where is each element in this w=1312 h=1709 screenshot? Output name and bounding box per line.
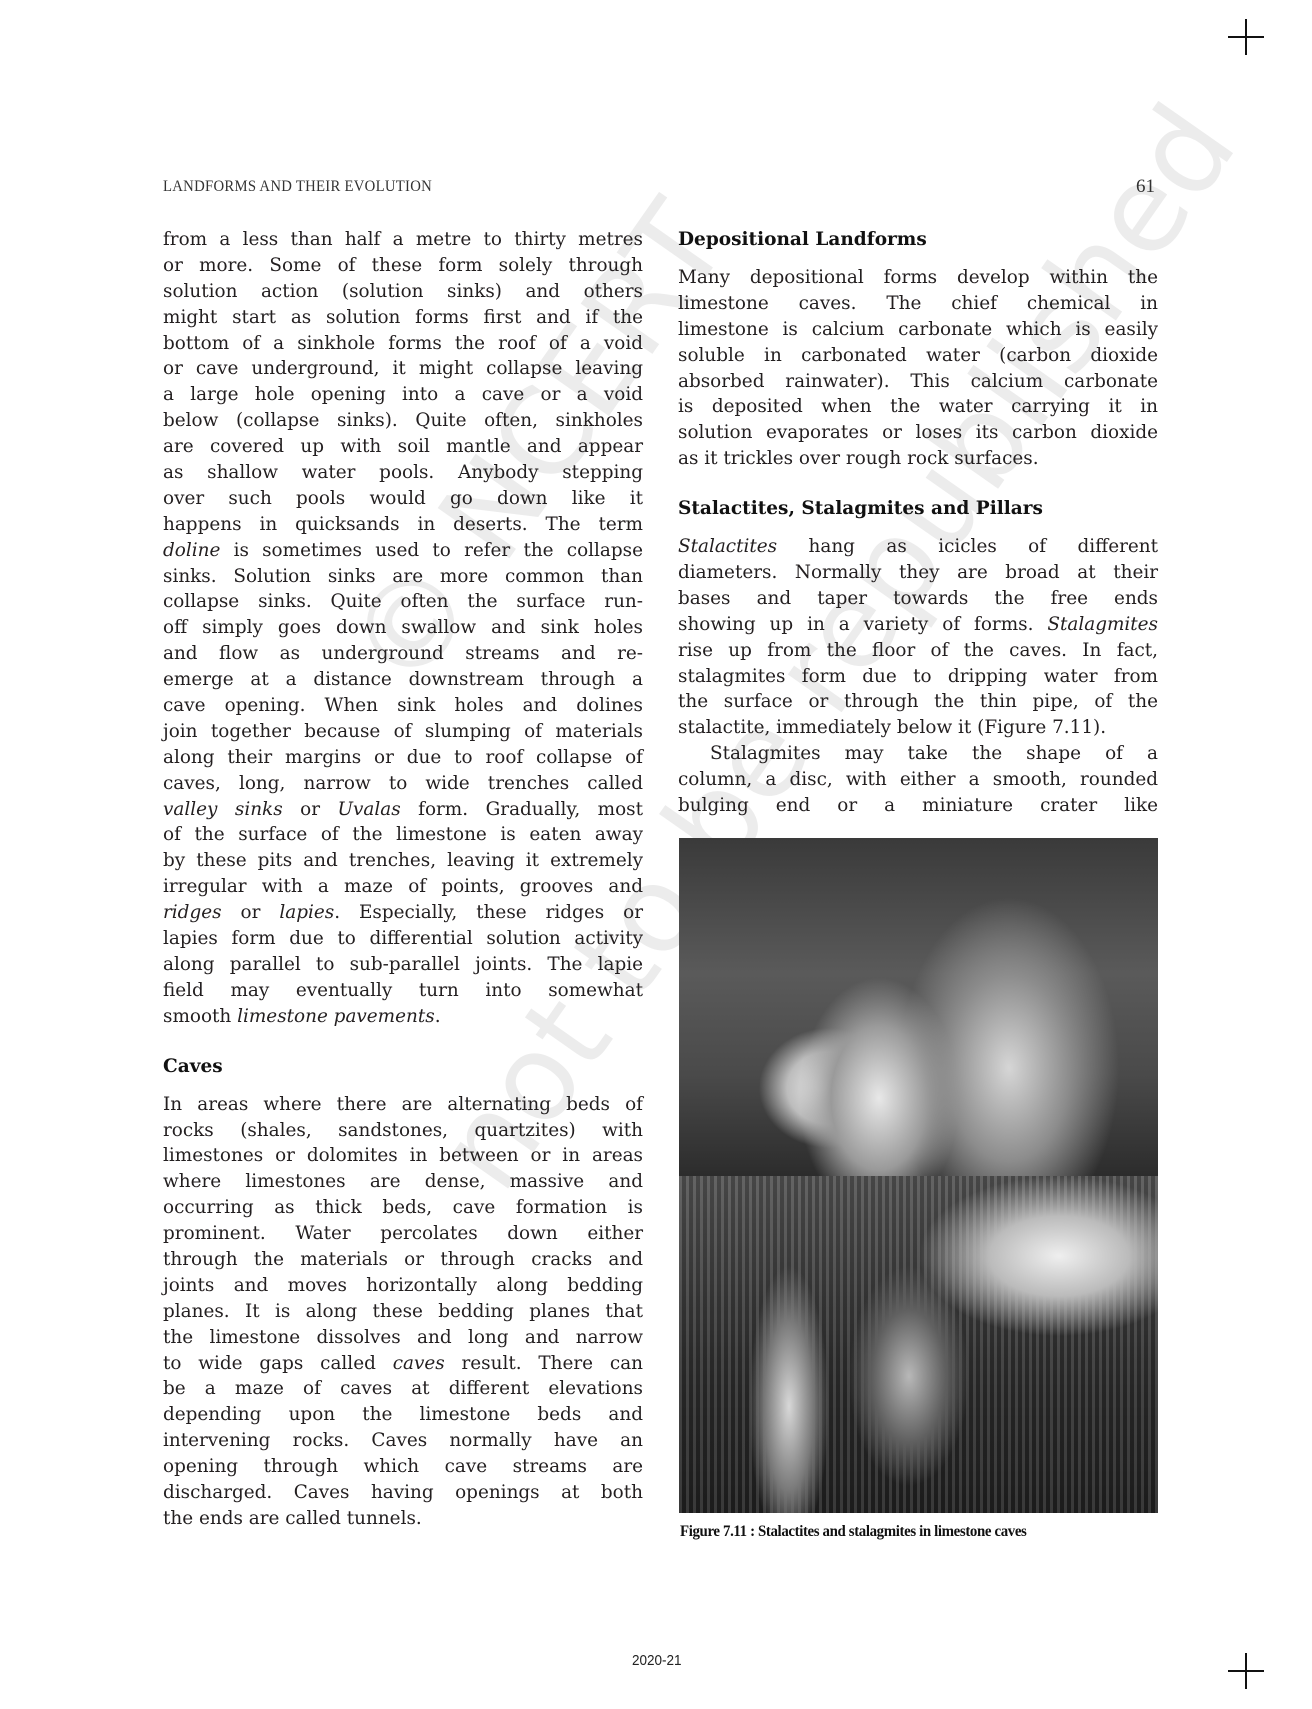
text-fragment: result. There can (445, 1353, 643, 1374)
term-limestone-pavements: limestone pavements (237, 1006, 435, 1027)
text-line: joints and moves horizontally along bedd… (163, 1273, 643, 1299)
text-line: caves, long, narrow to wide trenches cal… (163, 771, 643, 797)
text-line: solution action (solution sinks) and oth… (163, 279, 643, 305)
text-fragment: hang as icicles of different (777, 536, 1158, 557)
term-uvalas: Uvalas (338, 799, 401, 820)
section-heading-stalactites: Stalactites, Stalagmites and Pillars (678, 496, 1158, 522)
text-line: rise up from the floor of the caves. In … (678, 638, 1158, 664)
text-line: a large hole opening into a cave or a vo… (163, 382, 643, 408)
term-caves: caves (393, 1353, 445, 1374)
paragraph-stalagmites: Stalagmites may take the shape of a colu… (678, 741, 1158, 819)
text-line: discharged. Caves having openings at bot… (163, 1480, 643, 1506)
text-line: are covered up with soil mantle and appe… (163, 434, 643, 460)
spacer (163, 1080, 643, 1092)
text-line: over such pools would go down like it (163, 486, 643, 512)
text-line: showing up in a variety of forms. Stalag… (678, 612, 1158, 638)
paragraph-sinkholes: from a less than half a metre to thirty … (163, 227, 643, 1030)
text-line: along their margins or due to roof colla… (163, 745, 643, 771)
text-line: planes. It is along these bedding planes… (163, 1299, 643, 1325)
spacer (678, 522, 1158, 534)
text-line: to wide gaps called caves result. There … (163, 1351, 643, 1377)
text-line: through the materials or through cracks … (163, 1247, 643, 1273)
text-fragment: or (222, 902, 280, 923)
figure-cave-photos (679, 838, 1158, 1513)
paragraph-caves: In areas where there are alternating bed… (163, 1092, 643, 1532)
text-line: depending upon the limestone beds and (163, 1402, 643, 1428)
page-number: 61 (1136, 176, 1155, 198)
text-fragment: showing up in a variety of forms. (678, 614, 1047, 635)
paragraph-stalactites: Stalactites hang as icicles of different… (678, 534, 1158, 741)
text-line: irregular with a maze of points, grooves… (163, 874, 643, 900)
text-line: by these pits and trenches, leaving it e… (163, 848, 643, 874)
photo-stalactites-stalagmites (679, 1176, 1158, 1513)
text-line: bottom of a sinkhole forms the roof of a… (163, 331, 643, 357)
figure-caption: Figure 7.11 : Stalactites and stalagmite… (680, 1523, 1026, 1541)
text-line: or more. Some of these form solely throu… (163, 253, 643, 279)
photo-cave-opening-stalactites (679, 838, 1158, 1176)
section-heading-depositional-landforms: Depositional Landforms (678, 227, 1158, 253)
text-line: prominent. Water percolates down either (163, 1221, 643, 1247)
text-line: valley sinks or Uvalas form. Gradually, … (163, 797, 643, 823)
text-line: intervening rocks. Caves normally have a… (163, 1428, 643, 1454)
text-fragment: or (283, 799, 338, 820)
text-line: smooth limestone pavements. (163, 1004, 643, 1030)
text-line: emerge at a distance downstream through … (163, 667, 643, 693)
text-line: of the surface of the limestone is eaten… (163, 822, 643, 848)
text-fragment: to wide gaps called (163, 1353, 393, 1374)
term-stalactites: Stalactites (678, 536, 777, 557)
footer-year: 2020-21 (632, 1652, 682, 1669)
text-line: diameters. Normally they are broad at th… (678, 560, 1158, 586)
text-line: solution evaporates or loses its carbon … (678, 420, 1158, 446)
text-line: lapies form due to differential solution… (163, 926, 643, 952)
section-heading-caves: Caves (163, 1054, 643, 1080)
text-line: as shallow water pools. Anybody stepping (163, 460, 643, 486)
text-line: ridges or lapies. Especially, these ridg… (163, 900, 643, 926)
text-line: occurring as thick beds, cave formation … (163, 1195, 643, 1221)
text-line: along parallel to sub-parallel joints. T… (163, 952, 643, 978)
text-line: absorbed rainwater). This calcium carbon… (678, 369, 1158, 395)
text-line: is deposited when the water carrying it … (678, 394, 1158, 420)
term-stalagmites: Stalagmites (1047, 614, 1158, 635)
text-line: the limestone dissolves and long and nar… (163, 1325, 643, 1351)
text-line: Stalactites hang as icicles of different (678, 534, 1158, 560)
text-line: collapse sinks. Quite often the surface … (163, 589, 643, 615)
text-line: where limestones are dense, massive and (163, 1169, 643, 1195)
text-line: bases and taper towards the free ends (678, 586, 1158, 612)
spacer (163, 1030, 643, 1054)
text-line: limestone caves. The chief chemical in (678, 291, 1158, 317)
text-line: Stalagmites may take the shape of a (678, 741, 1158, 767)
text-line: from a less than half a metre to thirty … (163, 227, 643, 253)
text-line: limestones or dolomites in between or in… (163, 1143, 643, 1169)
text-line: off simply goes down swallow and sink ho… (163, 615, 643, 641)
crop-mark-top-right (1228, 19, 1264, 55)
text-fragment: is sometimes used to refer the collapse (220, 540, 643, 561)
paragraph-depositional: Many depositional forms develop within t… (678, 265, 1158, 472)
text-line: might start as solution forms first and … (163, 305, 643, 331)
text-line: the surface or through the thin pipe, of… (678, 689, 1158, 715)
text-line: stalagmites form due to dripping water f… (678, 664, 1158, 690)
text-line: opening through which cave streams are (163, 1454, 643, 1480)
text-fragment: smooth (163, 1006, 237, 1027)
text-line: sinks. Solution sinks are more common th… (163, 564, 643, 590)
term-valley-sinks: valley sinks (163, 799, 283, 820)
spacer (678, 472, 1158, 496)
text-line: limestone is calcium carbonate which is … (678, 317, 1158, 343)
text-line: or cave underground, it might collapse l… (163, 356, 643, 382)
text-fragment: . Especially, these ridges or (334, 902, 643, 923)
text-line: be a maze of caves at different elevatio… (163, 1376, 643, 1402)
running-title: LANDFORMS AND THEIR EVOLUTION (163, 178, 432, 196)
text-line: below (collapse sinks). Quite often, sin… (163, 408, 643, 434)
term-ridges: ridges (163, 902, 222, 923)
text-line: In areas where there are alternating bed… (163, 1092, 643, 1118)
text-line: cave opening. When sink holes and doline… (163, 693, 643, 719)
text-line: and flow as underground streams and re- (163, 641, 643, 667)
text-line: doline is sometimes used to refer the co… (163, 538, 643, 564)
text-line: bulging end or a miniature crater like (678, 793, 1158, 819)
crop-mark-bottom-right (1228, 1653, 1264, 1689)
term-doline: doline (163, 540, 220, 561)
text-line: soluble in carbonated water (carbon diox… (678, 343, 1158, 369)
text-line: the ends are called tunnels. (163, 1506, 643, 1532)
text-line: join together because of slumping of mat… (163, 719, 643, 745)
right-column: Depositional Landforms Many depositional… (678, 227, 1158, 819)
text-line: field may eventually turn into somewhat (163, 978, 643, 1004)
term-lapies: lapies (279, 902, 334, 923)
text-fragment: form. Gradually, most (401, 799, 643, 820)
text-line: stalactite, immediately below it (Figure… (678, 715, 1158, 741)
left-column: from a less than half a metre to thirty … (163, 227, 643, 1532)
text-line: column, a disc, with either a smooth, ro… (678, 767, 1158, 793)
text-line: rocks (shales, sandstones, quartzites) w… (163, 1118, 643, 1144)
spacer (678, 253, 1158, 265)
text-line: happens in quicksands in deserts. The te… (163, 512, 643, 538)
text-line: as it trickles over rough rock surfaces. (678, 446, 1158, 472)
text-line: Many depositional forms develop within t… (678, 265, 1158, 291)
text-fragment: . (435, 1006, 441, 1027)
